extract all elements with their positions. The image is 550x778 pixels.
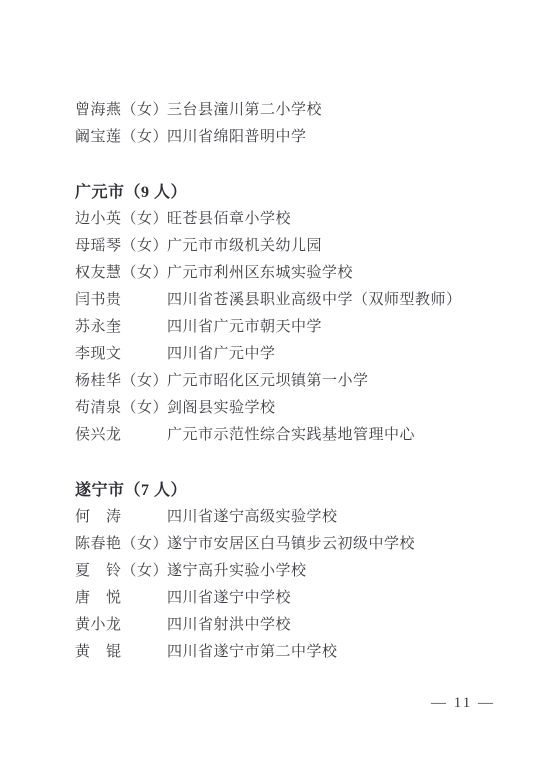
table-row: 李现文 四川省广元中学: [75, 339, 515, 366]
table-row: 夏 铃（女） 遂宁高升实验小学校: [75, 556, 515, 583]
table-row: 黄小龙 四川省射洪中学校: [75, 610, 515, 637]
table-row: 何 涛 四川省遂宁高级实验学校: [75, 502, 515, 529]
person-name: 黄小龙: [75, 613, 167, 634]
school-name: 遂宁市安居区白马镇步云初级中学校: [167, 532, 515, 553]
school-name: 剑阁县实验学校: [167, 396, 515, 417]
school-name: 旺苍县佰章小学校: [167, 207, 515, 228]
table-row: 苏永奎 四川省广元市朝天中学: [75, 312, 515, 339]
table-row: 陈春艳（女） 遂宁市安居区白马镇步云初级中学校: [75, 529, 515, 556]
document-page: 曾海燕（女） 三台县潼川第二小学校 阚宝莲（女） 四川省绵阳普明中学 广元市（9…: [0, 0, 550, 778]
person-name: 边小英（女）: [75, 207, 167, 228]
table-row: 侯兴龙 广元市示范性综合实践基地管理中心: [75, 420, 515, 447]
name-list: 曾海燕（女） 三台县潼川第二小学校 阚宝莲（女） 四川省绵阳普明中学 广元市（9…: [75, 95, 515, 664]
table-row: 母瑶琴（女） 广元市市级机关幼儿园: [75, 231, 515, 258]
person-name: 苟清泉（女）: [75, 396, 167, 417]
table-row: 苟清泉（女） 剑阁县实验学校: [75, 393, 515, 420]
school-name: 广元市利州区东城实验学校: [167, 261, 515, 282]
table-row: 权友慧（女） 广元市利州区东城实验学校: [75, 258, 515, 285]
person-name: 曾海燕（女）: [75, 98, 167, 119]
person-name: 李现文: [75, 342, 167, 363]
person-name: 侯兴龙: [75, 423, 167, 444]
section-guangyuan: 广元市（9 人） 边小英（女） 旺苍县佰章小学校 母瑶琴（女） 广元市市级机关幼…: [75, 177, 515, 447]
table-row: 边小英（女） 旺苍县佰章小学校: [75, 204, 515, 231]
school-name: 广元市昭化区元坝镇第一小学: [167, 369, 515, 390]
person-name: 何 涛: [75, 505, 167, 526]
page-number: — 11 —: [431, 690, 495, 717]
school-name: 四川省遂宁市第二中学校: [167, 640, 515, 661]
school-name: 四川省射洪中学校: [167, 613, 515, 634]
person-name: 母瑶琴（女）: [75, 234, 167, 255]
person-name: 夏 铃（女）: [75, 559, 167, 580]
table-row: 阚宝莲（女） 四川省绵阳普明中学: [75, 122, 515, 149]
school-name: 遂宁高升实验小学校: [167, 559, 515, 580]
school-name: 四川省苍溪县职业高级中学（双师型教师）: [167, 288, 515, 309]
table-row: 杨桂华（女） 广元市昭化区元坝镇第一小学: [75, 366, 515, 393]
school-name: 广元市示范性综合实践基地管理中心: [167, 423, 515, 444]
person-name: 陈春艳（女）: [75, 532, 167, 553]
table-row: 闫书贵 四川省苍溪县职业高级中学（双师型教师）: [75, 285, 515, 312]
school-name: 四川省广元中学: [167, 342, 515, 363]
table-row: 唐 悦 四川省遂宁中学校: [75, 583, 515, 610]
person-name: 闫书贵: [75, 288, 167, 309]
person-name: 唐 悦: [75, 586, 167, 607]
school-name: 四川省绵阳普明中学: [167, 125, 515, 146]
school-name: 三台县潼川第二小学校: [167, 98, 515, 119]
school-name: 四川省遂宁高级实验学校: [167, 505, 515, 526]
school-name: 四川省广元市朝天中学: [167, 315, 515, 336]
person-name: 苏永奎: [75, 315, 167, 336]
table-row: 曾海燕（女） 三台县潼川第二小学校: [75, 95, 515, 122]
section-header: 广元市（9 人）: [75, 177, 515, 204]
section-suining: 遂宁市（7 人） 何 涛 四川省遂宁高级实验学校 陈春艳（女） 遂宁市安居区白马…: [75, 475, 515, 664]
person-name: 权友慧（女）: [75, 261, 167, 282]
person-name: 阚宝莲（女）: [75, 125, 167, 146]
section-header: 遂宁市（7 人）: [75, 475, 515, 502]
person-name: 杨桂华（女）: [75, 369, 167, 390]
table-row: 黄 锟 四川省遂宁市第二中学校: [75, 637, 515, 664]
person-name: 黄 锟: [75, 640, 167, 661]
school-name: 四川省遂宁中学校: [167, 586, 515, 607]
school-name: 广元市市级机关幼儿园: [167, 234, 515, 255]
